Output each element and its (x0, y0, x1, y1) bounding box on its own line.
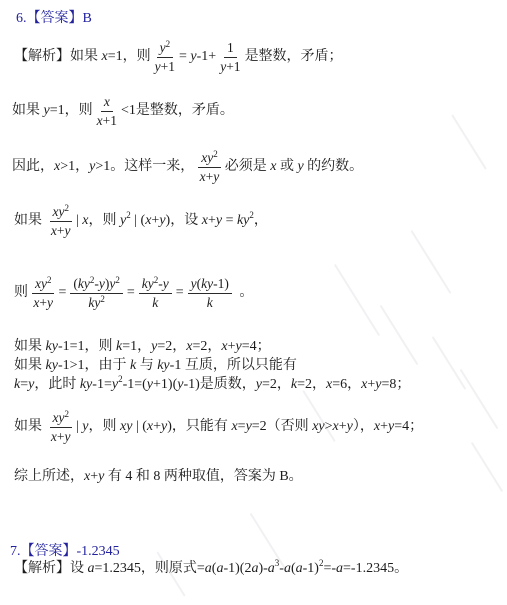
superscript: 2 (115, 275, 120, 285)
answer-6-heading: 6.【答案】B (16, 10, 92, 28)
text-run: ，则 (89, 212, 121, 230)
text-run: 有 4 和 8 两种取值，答案为 B。 (104, 468, 302, 486)
fraction-denominator: x+y (51, 428, 71, 445)
text-run: = (179, 48, 190, 66)
math-variable: x (104, 94, 110, 110)
math-variable: xy (312, 418, 324, 436)
text-run: =-1.2345。 (343, 560, 408, 578)
text-run: + (208, 212, 216, 230)
text-run: 【解析】设 (14, 560, 88, 578)
superscript: 2 (249, 210, 254, 221)
text-run: ，则 (89, 418, 121, 436)
text-run: -1) (213, 276, 229, 292)
watermark-stroke (432, 336, 467, 390)
text-run: =2， (192, 338, 221, 356)
math-variable: a (251, 560, 258, 578)
fraction: 1y+1 (220, 40, 240, 74)
superscript: 2 (47, 275, 52, 285)
text-run: -1)(2 (223, 560, 251, 578)
fraction-numerator: 1 (224, 40, 237, 58)
math-variable: ky (46, 357, 58, 375)
text-run: 因此， (12, 158, 54, 176)
text-run: )，设 (166, 212, 202, 230)
text-run: + (228, 338, 236, 356)
text-run: 是整数，矛盾； (245, 48, 343, 66)
fraction-denominator: x+1 (97, 112, 117, 129)
text-run: >1， (60, 158, 89, 176)
fraction-denominator: x+y (51, 222, 71, 239)
superscript: 2 (154, 275, 159, 285)
math-variable: a (216, 560, 223, 578)
analysis-6-case1-line: 如果 ky-1=1，则 k=1，y=2，x=2，x+y=4； (14, 338, 271, 356)
superscript: 2 (118, 374, 123, 385)
fraction-numerator: xy2 (50, 204, 72, 222)
watermark-stroke (451, 114, 487, 169)
fraction: xy2x+y (198, 150, 220, 184)
text-run: -1=( (123, 376, 147, 394)
watermark-stroke (334, 264, 380, 336)
math-variable: ky (88, 295, 100, 311)
text-run: 【解析】如果 (14, 48, 102, 66)
text-run: +1 (103, 113, 117, 129)
text-run: = (127, 284, 135, 302)
text-run: +1 (226, 59, 240, 75)
text-run: =2， (262, 376, 291, 394)
analysis-6-equation-line: 则xy2x+y=(ky2-y)y2ky2=ky2-yk=y(ky-1)k 。 (14, 276, 253, 310)
text-run: = (176, 284, 184, 302)
analysis-6-case-x1-line: 【解析】如果 x=1，则y2y+1= y-1+1y+1是整数，矛盾； (14, 40, 343, 74)
analysis-7-line: 【解析】设 a=1.2345，则原式=a(a-1)(2a)-a3-a(a-1)2… (14, 560, 408, 578)
superscript: 2 (166, 39, 171, 49)
math-variable: y (65, 223, 71, 239)
analysis-6-case2b-line: k=y，此时 ky-1=y2-1=(y+1)(y-1)是质数，y=2，k=2，x… (14, 376, 410, 394)
text-run: 的约数。 (304, 158, 364, 176)
text-run: + (39, 295, 47, 311)
superscript: 2 (126, 210, 131, 221)
text-run: =1， (122, 338, 151, 356)
text-run: ）， (353, 418, 374, 436)
text-run: -1>1，由于 (58, 357, 130, 375)
text-run: | ( (131, 212, 145, 230)
text-run: -1) (303, 560, 319, 578)
fraction-denominator: k (152, 294, 158, 311)
math-variable: ky (80, 376, 92, 394)
text-run: 与 (136, 357, 157, 375)
math-variable: xy (120, 418, 132, 436)
math-variable: y (213, 169, 219, 185)
math-variable: k (152, 295, 158, 311)
math-variable: xy (53, 410, 65, 426)
text-run: +1 (161, 59, 175, 75)
text-run: > (325, 418, 333, 436)
text-run: =2（否则 (252, 418, 312, 436)
watermark-stroke (471, 442, 503, 492)
math-variable: xy (35, 276, 47, 292)
text-run: + (90, 468, 98, 486)
text-run: ，此时 (34, 376, 80, 394)
text-run: = (222, 212, 237, 230)
text-run: ， (254, 212, 268, 230)
fraction-numerator: y(ky-1) (188, 276, 232, 294)
text-run: 综上所述， (14, 468, 84, 486)
math-variable: ky (142, 276, 154, 292)
text-run: + (339, 418, 347, 436)
superscript: 2 (64, 203, 69, 213)
analysis-6-divides-y-line: 如果 xy2x+y| y，则 xy | (x+y)，只能有 x=y=2（否则 x… (14, 410, 423, 444)
math-variable: xy (201, 150, 213, 166)
fraction-numerator: ky2-y (139, 276, 172, 294)
fraction-numerator: x (101, 94, 113, 112)
fraction: y(ky-1)k (188, 276, 232, 310)
analysis-6-therefore-line: 因此，x>1，y>1。这样一来，xy2x+y必须是 x 或 y 的约数。 (12, 150, 363, 184)
text-run: | ( (132, 418, 146, 436)
math-variable: y (47, 295, 53, 311)
text-run: -1)是质数， (183, 376, 255, 394)
fraction: xx+1 (97, 94, 117, 128)
fraction-denominator: k (207, 294, 213, 311)
superscript: 2 (90, 275, 95, 285)
text-run: =4； (242, 338, 271, 356)
text-run: 如果 (14, 212, 46, 230)
superscript: 2 (64, 409, 69, 419)
fraction-numerator: xy2 (50, 410, 72, 428)
text-run: -1=1，则 (58, 338, 116, 356)
math-variable: k (207, 295, 213, 311)
text-run: -1+ (197, 48, 217, 66)
text-run: 如果 (14, 357, 46, 375)
math-variable: y (65, 429, 71, 445)
text-run: 1 (227, 40, 234, 56)
text-run: =6， (332, 376, 361, 394)
text-run: 如果 (12, 102, 44, 120)
watermark-stroke (380, 305, 419, 365)
math-variable: ky (46, 338, 58, 356)
text-run: 6.【答案】B (16, 10, 92, 28)
text-run: -1= (92, 376, 112, 394)
watermark-stroke (411, 230, 452, 294)
text-run: 必须是 (225, 158, 271, 176)
text-run: +1)( (153, 376, 177, 394)
text-run: = (58, 284, 66, 302)
text-run: 7.【答案】-1.2345 (10, 543, 120, 561)
text-run: =- (323, 560, 336, 578)
fraction: (ky2-y)y2ky2 (70, 276, 122, 310)
text-run: =2， (157, 338, 186, 356)
fraction-denominator: y+1 (220, 58, 240, 75)
math-variable: ky (201, 276, 213, 292)
text-run: 如果 (14, 338, 46, 356)
superscript: 2 (213, 149, 218, 159)
math-variable: a (336, 560, 343, 578)
analysis-6-case-y1-line: 如果 y=1，则xx+1<1是整数，矛盾。 (12, 94, 234, 128)
analysis-6-divides-x-line: 如果 xy2x+y| x，则 y2 | (x+y)，设 x+y = ky2， (14, 204, 268, 238)
text-run: >1。这样一来， (95, 158, 194, 176)
text-run: 如果 (14, 418, 46, 436)
math-variable: a (268, 560, 275, 578)
text-run: <1是整数，矛盾。 (121, 102, 234, 120)
text-run: + (57, 223, 65, 239)
math-variable: ky (78, 276, 90, 292)
fraction-denominator: x+y (200, 168, 220, 185)
math-variable: a (88, 560, 95, 578)
analysis-6-conclusion-line: 综上所述，x+y 有 4 和 8 两种取值，答案为 B。 (14, 468, 303, 486)
fraction: ky2-yk (139, 276, 172, 310)
superscript: 2 (100, 294, 105, 304)
math-variable: a (296, 560, 303, 578)
math-variable: a (284, 560, 291, 578)
text-run: 或 (276, 158, 297, 176)
text-run: + (153, 418, 161, 436)
math-variable: ky (157, 357, 169, 375)
text-run: =2， (297, 376, 326, 394)
superscript: 2 (319, 558, 324, 569)
math-variable: a (205, 560, 212, 578)
text-run: 。 (236, 284, 254, 302)
text-run: = (238, 418, 246, 436)
text-run: =8； (382, 376, 411, 394)
text-run: + (57, 429, 65, 445)
text-run: =1.2345，则原式= (95, 560, 205, 578)
math-variable: ky (237, 212, 249, 230)
text-run: =1，则 (50, 102, 93, 120)
fraction: xy2x+y (32, 276, 54, 310)
text-run: + (380, 418, 388, 436)
fraction-denominator: y+1 (155, 58, 175, 75)
text-run: -1 互质，所以只能有 (170, 357, 297, 375)
text-run: )- (258, 560, 267, 578)
answer-7-heading: 7.【答案】-1.2345 (10, 543, 120, 561)
superscript: 3 (275, 558, 280, 569)
analysis-6-case2-line: 如果 ky-1>1，由于 k 与 ky-1 互质，所以只能有 (14, 357, 297, 375)
fraction-denominator: x+y (33, 294, 53, 311)
solution-document-page: 6.【答案】B 【解析】如果 x=1，则y2y+1= y-1+1y+1是整数，矛… (0, 0, 507, 605)
fraction-numerator: xy2 (32, 276, 54, 294)
fraction-numerator: y2 (157, 40, 174, 58)
fraction-numerator: (ky2-y)y2 (70, 276, 122, 294)
math-variable: xy (53, 204, 65, 220)
text-run: 则 (14, 284, 28, 302)
text-run: = (20, 376, 28, 394)
fraction: xy2x+y (50, 204, 72, 238)
text-run: )，只能有 (167, 418, 231, 436)
fraction: y2y+1 (155, 40, 175, 74)
math-variable: y (163, 276, 169, 292)
text-run: =4； (394, 418, 423, 436)
fraction-denominator: ky2 (88, 294, 104, 311)
watermark-stroke (460, 369, 499, 429)
fraction: xy2x+y (50, 410, 72, 444)
text-run: =1，则 (108, 48, 151, 66)
fraction-numerator: xy2 (198, 150, 220, 168)
